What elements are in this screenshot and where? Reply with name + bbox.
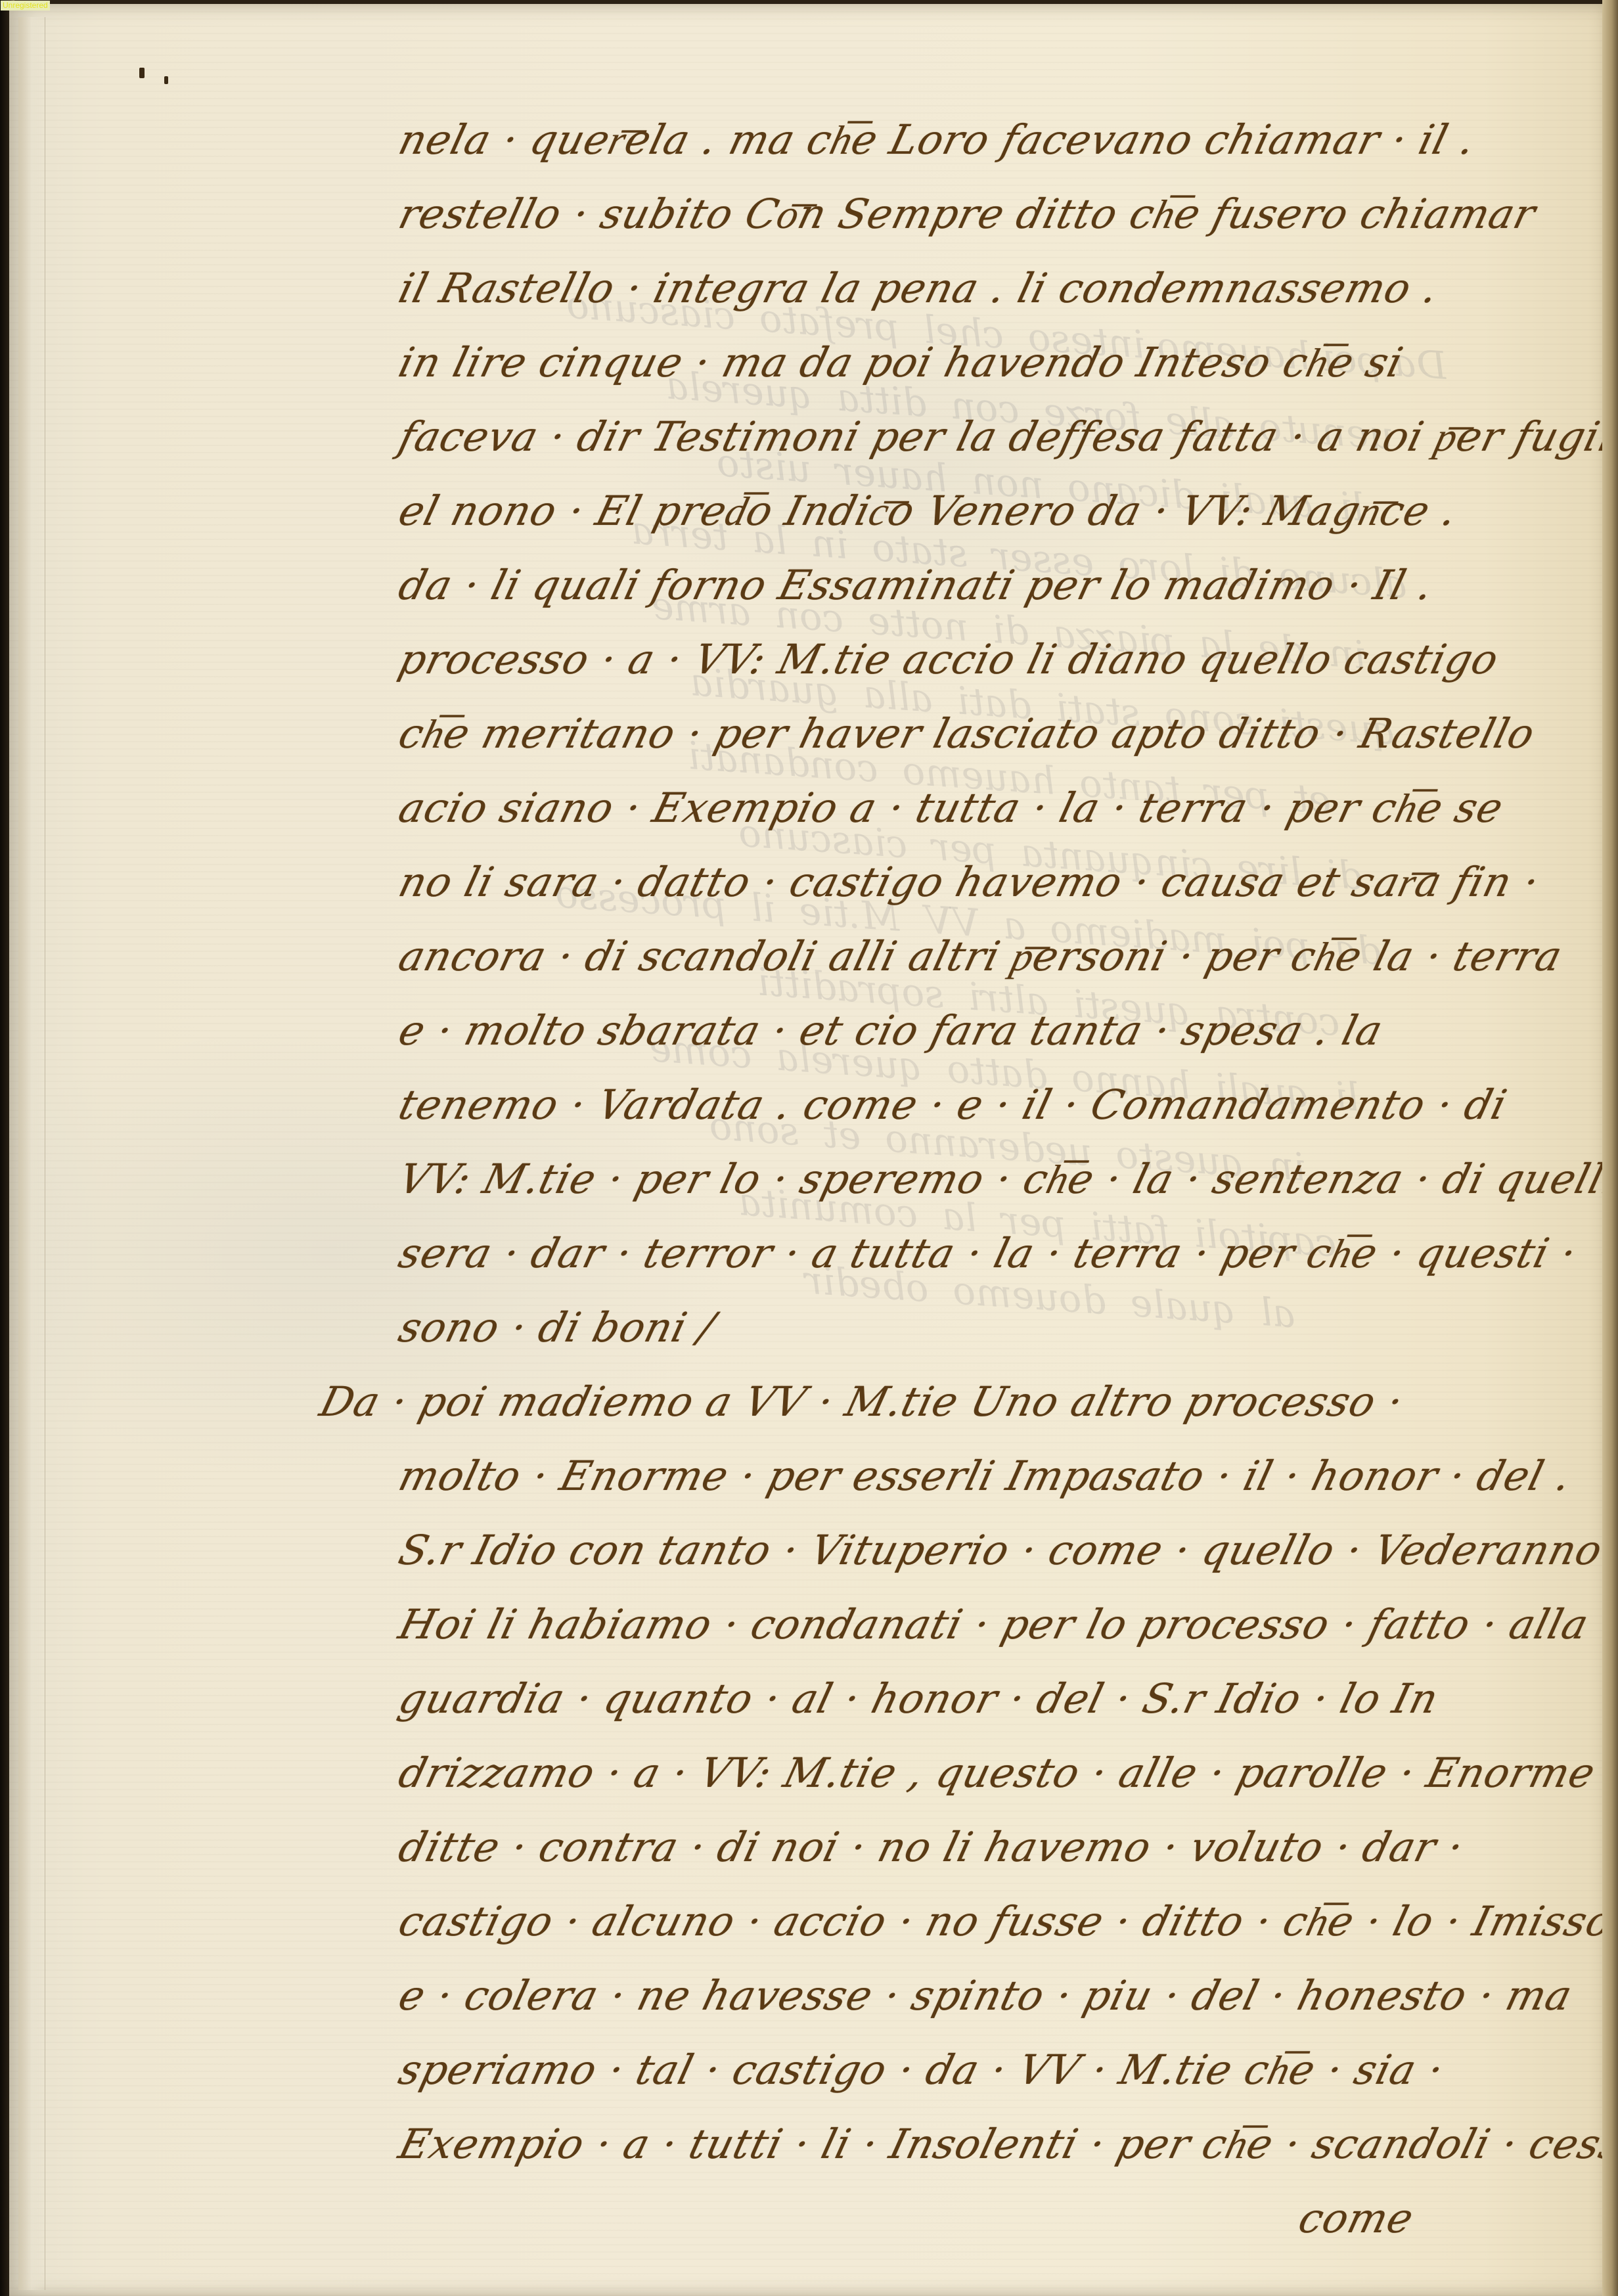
text-line-4: in lire cinque · ma da poi havendo Intes… (388, 338, 1602, 413)
text-line-2: restello · subito Co͞n Sempre ditto ch͞e… (388, 190, 1602, 264)
text-line-1: nela · quer͞ela . ma ch͞e Loro facevano … (388, 116, 1602, 190)
page-right-edge (1602, 0, 1618, 2296)
text-line-22: guardia · quanto · al · honor · del · S.… (388, 1675, 1602, 1749)
text-line-10: acio siano · Exempio a · tutta · la · te… (388, 784, 1602, 858)
text-line-7: da · li quali forno Essaminati per lo ma… (388, 561, 1602, 635)
text-line-20: S.r Idio con tanto · Vituperio · come · … (388, 1526, 1602, 1600)
text-line-13: e · molto sbarata · et cio fara tanta · … (388, 1006, 1602, 1081)
text-line-9: ch͞e meritano · per haver lasciato apto … (388, 709, 1602, 784)
text-line-26: e · colera · ne havesse · spinto · piu ·… (388, 1971, 1602, 2046)
document-viewer: Da poi hauemo inteso chel prefato ciascu… (0, 0, 1618, 2296)
text-line-25: castigo · alcuno · accio · no fusse · di… (388, 1897, 1602, 1971)
text-line-8: processo · a · VV: M.tie accio li diano … (388, 635, 1602, 709)
text-line-14: tenemo · Vardata . come · e · il · Coman… (388, 1081, 1602, 1155)
catchword: come (1288, 2194, 1602, 2268)
manuscript-page: Da poi hauemo inteso chel prefato ciascu… (9, 4, 1609, 2296)
manuscript-text: nela · quer͞ela . ma ch͞e Loro facevano … (397, 116, 1592, 2268)
text-line-23: drizzamo · a · VV: M.tie , questo · alle… (388, 1749, 1602, 1823)
text-line-27: speriamo · tal · castigo · da · VV · M.t… (388, 2046, 1602, 2120)
text-line-24: ditte · contra · di noi · no li havemo ·… (388, 1823, 1602, 1897)
text-line-12: ancora · di scandoli alli altri p͞ersoni… (388, 932, 1602, 1006)
text-line-28: Exempio · a · tutti · li · Insolenti · p… (388, 2120, 1602, 2194)
ink-speck (164, 76, 168, 84)
text-line-17: sono · di boni / (388, 1303, 1602, 1378)
text-line-3: il Rastello · integra la pena . li conde… (388, 264, 1602, 338)
text-line-6: el nono · El pred͞o Indic͞o Venero da · … (388, 487, 1602, 561)
page-fold-strip (18, 17, 45, 2290)
text-line-19: molto · Enorme · per esserli Impasato · … (388, 1452, 1602, 1526)
unregistered-watermark: Unregistered (1, 1, 50, 11)
paragraph-start-line: Da · poi madiemo a VV · M.tie Uno altro … (309, 1378, 1602, 1452)
text-line-16: sera · dar · terror · a tutta · la · ter… (388, 1229, 1602, 1303)
text-line-15: VV: M.tie · per lo · speremo · ch͞e · la… (388, 1155, 1602, 1229)
text-line-21: Hoi li habiamo · condanati · per lo proc… (388, 1600, 1602, 1675)
text-line-11: no li sara · datto · castigo havemo · ca… (388, 858, 1602, 932)
text-line-5: faceva · dir Testimoni per la deffesa fa… (388, 413, 1602, 487)
ink-speck (139, 68, 145, 78)
